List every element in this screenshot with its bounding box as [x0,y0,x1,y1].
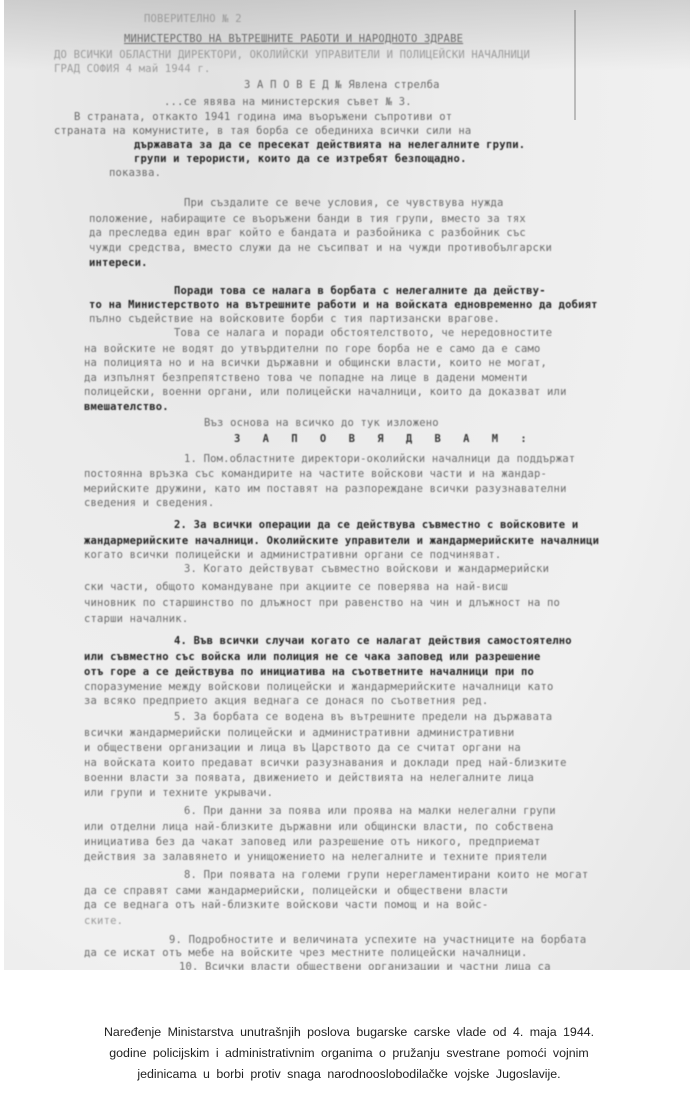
document-line: или отделни лица най-близките държавни и… [84,820,554,835]
scanned-document: ПОВЕРИТЕЛНО № 2МИНИСТЕРСТВО НА ВЪТРЕШНИТ… [4,0,690,970]
document-line: за всяко предприето акция веднага се дон… [84,694,488,709]
document-line: В страната, откакто 1941 година има въор… [74,110,452,125]
document-line: сведения и сведения. [84,496,214,511]
document-line: 2. За всички операции да се действува съ… [174,518,578,533]
document-line: Поради това се налага в борбата с нелега… [174,284,546,299]
document-line: При създалите се вече условия, се чувств… [184,196,504,211]
document-line: 5. За борбата се водена въ вътрешните пр… [174,710,552,725]
document-line: постоянна връзка със командирите на част… [84,467,547,482]
document-line: чужди средства, вместо служи да не съсип… [89,241,552,256]
document-line: ГРАД СОФИЯ 4 май 1944 г. [54,62,211,77]
document-line: 3. Когато действуват съвместно войскови … [184,562,549,577]
document-line: интереси. [89,256,148,271]
document-line: 10. Всички власти обществени организации… [179,960,551,970]
document-line: МИНИСТЕРСТВО НА ВЪТРЕШНИТЕ РАБОТИ И НАРО… [124,32,463,47]
document-line: 4. Във всички случаи когато се налагат д… [174,634,572,649]
document-line: да се справят сами жандармерийски, полиц… [84,884,508,899]
document-line: да изпълнят безпрепятствено това че попа… [84,371,527,386]
document-line: всички жандармерийски полицейски и админ… [84,726,514,741]
document-line: на войската които предават всички разузн… [84,756,567,771]
document-line: или съвместно със войска или полиция не … [84,650,541,665]
document-line: вмешателство. [84,400,169,415]
document-line: ските. [84,914,123,929]
document-line: ПОВЕРИТЕЛНО № 2 [144,12,242,27]
document-line: мерийските дружини, като им поставят на … [84,482,567,497]
document-line: старши началник. [84,612,188,627]
document-line: и обществени организации и лица въ Царст… [84,741,521,756]
document-line: пълно съдействие на войсковите борби с т… [89,312,500,327]
document-line: ...се явява на министерския съвет № 3. [164,95,412,110]
document-line: З А П О В Я Д В А М : [234,432,535,447]
document-line: на полицията но и на всички държавни и о… [84,356,547,371]
document-line: държавата за да се пресекат действията н… [134,138,525,153]
caption-line-2: godine policijskim i administrativnim or… [4,1043,694,1064]
figure-caption: Naređenje Ministarstva unutrašnjih poslo… [4,1022,694,1085]
document-line: чиновник по старшинство по длъжност при … [84,596,560,611]
document-line: то на Министерството на вътрешните работ… [89,298,598,313]
document-line: ски части, общото командуване при акциит… [84,580,508,595]
caption-line-1: Naređenje Ministarstva unutrašnjih poslo… [4,1022,694,1043]
document-line: Това се налага и поради обстоятелството,… [174,326,552,341]
document-line: страната на комунистите, в тая борба се … [54,124,471,139]
document-line: отъ горе а се действува по инициатива на… [84,665,534,680]
document-line: когато всички полицейски и административ… [84,548,501,563]
document-line: да се веднага отъ най-близките войскови … [84,898,488,913]
document-line: З А П О В Е Д № Явлена стрелба [244,78,440,93]
caption-line-3: jedinicama u borbi protiv snaga narodnoo… [4,1064,694,1085]
document-line: 8. При появата на големи групи нерегламе… [184,868,588,883]
document-line: инициатива без да чакат заповед или разр… [84,835,541,850]
document-line: жандармерийските началници. Околийските … [84,534,599,549]
document-line: военни власти за появата, движението и д… [84,771,534,786]
document-line: 1. Пом.областните директори-околийски на… [184,452,575,467]
document-line: показва. [109,166,161,181]
document-line: да се искат отъ мебе на войските чрез ме… [84,946,527,961]
document-line: споразумение между войскови полицейски и… [84,680,554,695]
document-line: на войските не водят до утвърдителни по … [84,342,541,357]
document-line: действия за залавянето и унищожението на… [84,850,547,865]
document-line: 6. При данни за поява или проява на малк… [184,804,556,819]
document-line: ДО ВСИЧКИ ОБЛАСТНИ ДИРЕКТОРИ, ОКОЛИЙСКИ … [54,48,530,63]
document-line: да преследва един враг който е бандата и… [89,226,526,241]
document-line: положение, набиращите се въоръжени банди… [89,212,526,227]
document-line: групи и терористи, които да се изтребят … [134,152,467,167]
document-text: ПОВЕРИТЕЛНО № 2МИНИСТЕРСТВО НА ВЪТРЕШНИТ… [4,0,690,970]
document-line: Въз основа на всичко до тук изложено [204,416,439,431]
document-line: полицейски, военни органи, или полицейск… [84,385,567,400]
document-line: или групи и техните укрывачи. [84,786,273,801]
